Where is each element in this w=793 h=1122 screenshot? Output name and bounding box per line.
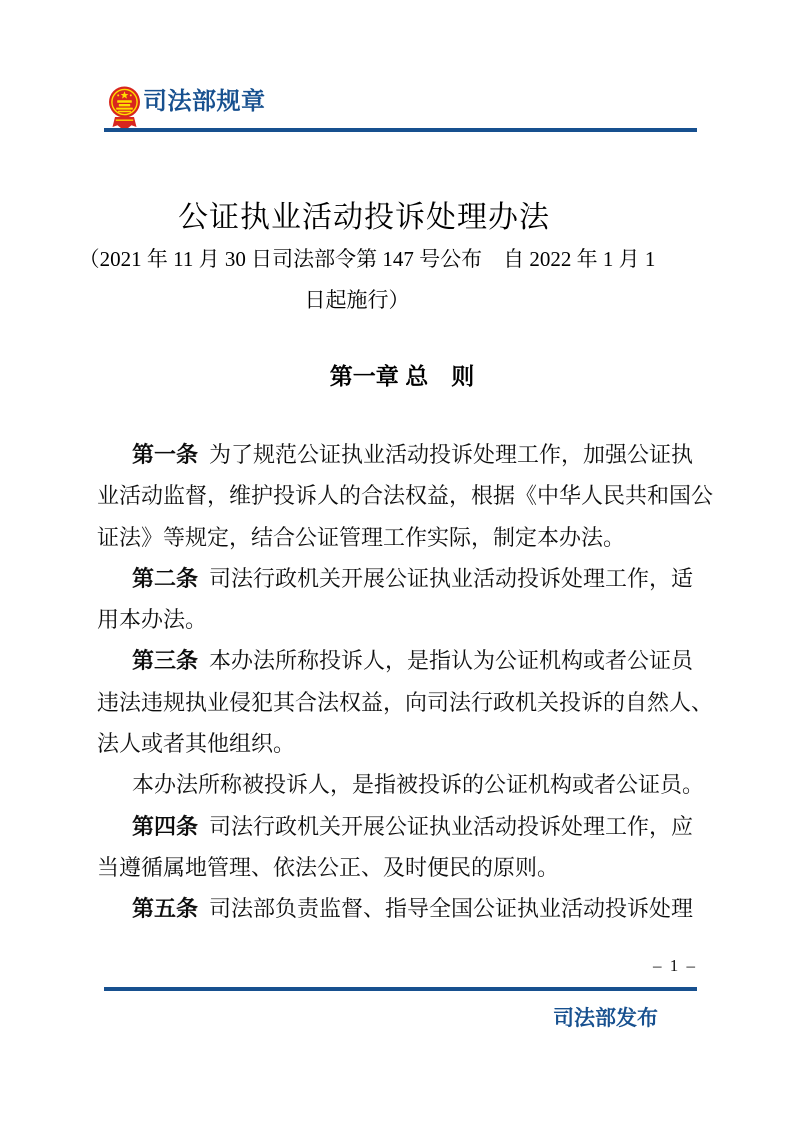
document-title: 公证执业活动投诉处理办法 <box>178 192 550 236</box>
body-line: 证法》等规定，结合公证管理工作实际，制定本办法。 <box>97 517 699 558</box>
body-line-text: 用本办法。 <box>97 607 207 632</box>
document-subtitle-line: 日起施行） <box>305 284 410 314</box>
body-line-text: 本办法所称被投诉人，是指被投诉的公证机构或者公证员。 <box>132 772 704 797</box>
body-line: 第一条为了规范公证执业活动投诉处理工作，加强公证执 <box>97 434 699 475</box>
national-emblem-svg <box>108 86 141 132</box>
header-label: 司法部规章 <box>143 88 266 117</box>
body-line: 违法违规执业侵犯其合法权益，向司法行政机关投诉的自然人、 <box>97 682 699 723</box>
body-line: 用本办法。 <box>97 599 699 640</box>
article-number: 第一条 <box>132 442 198 467</box>
article-number: 第二条 <box>132 566 198 591</box>
body-line: 业活动监督，维护投诉人的合法权益，根据《中华人民共和国公 <box>97 475 699 516</box>
body-line-text: 司法行政机关开展公证执业活动投诉处理工作，适 <box>209 566 693 591</box>
body-line: 本办法所称被投诉人，是指被投诉的公证机构或者公证员。 <box>97 764 699 805</box>
page-number: – 1 – <box>640 956 697 976</box>
body-line-text: 本办法所称投诉人，是指认为公证机构或者公证员 <box>209 648 693 673</box>
body-line-text: 违法违规执业侵犯其合法权益，向司法行政机关投诉的自然人、 <box>97 690 713 715</box>
body-line-text: 司法部负责监督、指导全国公证执业活动投诉处理 <box>209 896 693 921</box>
body-line-text: 司法行政机关开展公证执业活动投诉处理工作，应 <box>209 814 693 839</box>
article-number: 第四条 <box>132 814 198 839</box>
article-number: 第三条 <box>132 648 198 673</box>
document-subtitle-line: （2021 年 11 月 30 日司法部令第 147 号公布 自 2022 年 … <box>79 243 656 273</box>
body-line: 第四条司法行政机关开展公证执业活动投诉处理工作，应 <box>97 806 699 847</box>
document-page: 司法部规章 公证执业活动投诉处理办法 （2021 年 11 月 30 日司法部令… <box>0 0 793 1122</box>
document-body: 第一条为了规范公证执业活动投诉处理工作，加强公证执业活动监督，维护投诉人的合法权… <box>97 434 699 930</box>
body-line: 第五条司法部负责监督、指导全国公证执业活动投诉处理 <box>97 888 699 929</box>
footer-divider <box>104 987 697 991</box>
body-line: 当遵循属地管理、依法公正、及时便民的原则。 <box>97 847 699 888</box>
body-line: 法人或者其他组织。 <box>97 723 699 764</box>
body-line-text: 业活动监督，维护投诉人的合法权益，根据《中华人民共和国公 <box>97 483 713 508</box>
publisher-label: 司法部发布 <box>553 1002 658 1032</box>
body-line: 第三条本办法所称投诉人，是指认为公证机构或者公证员 <box>97 640 699 681</box>
body-line-text: 证法》等规定，结合公证管理工作实际，制定本办法。 <box>97 525 625 550</box>
article-number: 第五条 <box>132 896 198 921</box>
body-line: 第二条司法行政机关开展公证执业活动投诉处理工作，适 <box>97 558 699 599</box>
chapter-heading: 第一章 总 则 <box>330 358 474 391</box>
body-line-text: 当遵循属地管理、依法公正、及时便民的原则。 <box>97 855 559 880</box>
header-divider <box>104 128 697 132</box>
national-emblem-icon <box>108 86 141 132</box>
body-line-text: 为了规范公证执业活动投诉处理工作，加强公证执 <box>209 442 693 467</box>
body-line-text: 法人或者其他组织。 <box>97 731 295 756</box>
